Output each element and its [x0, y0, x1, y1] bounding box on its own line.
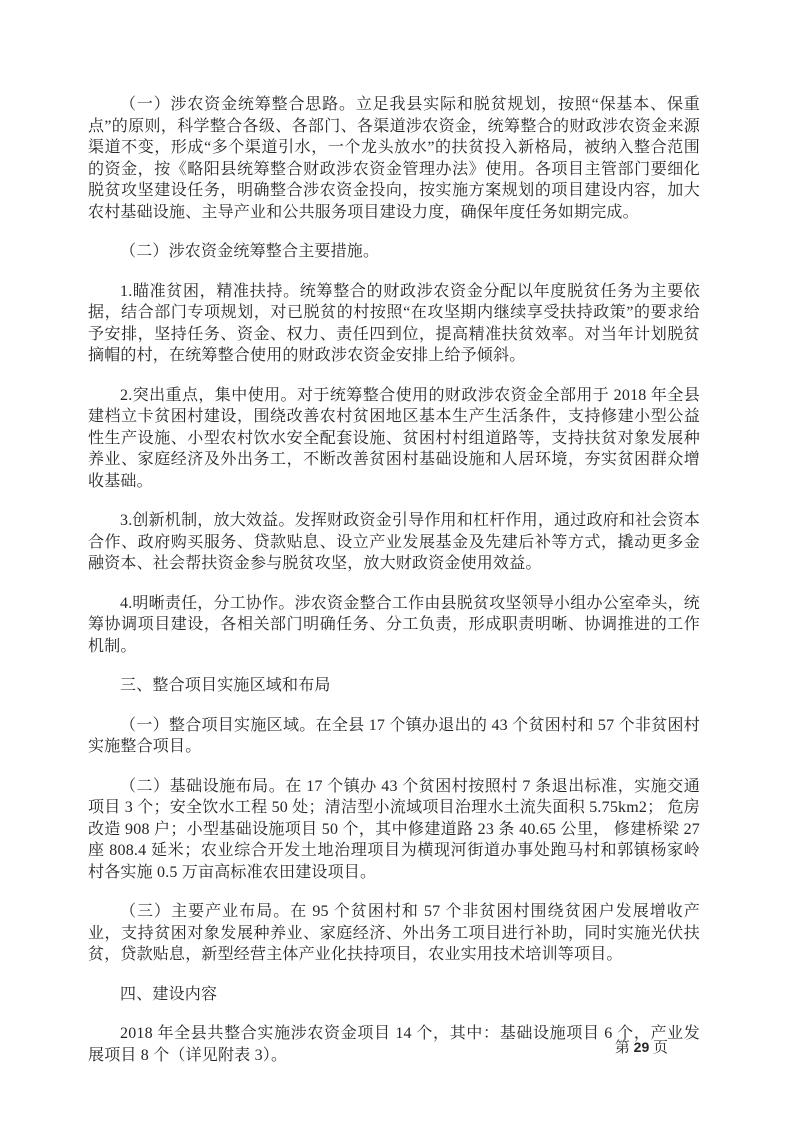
- page-footer-suffix: 页: [649, 1040, 668, 1056]
- paragraph-integration-approach: （一）涉农资金统筹整合思路。立足我县实际和脱贫规划，按照“保基本、保重点”的原则…: [88, 94, 700, 223]
- paragraph-construction-content: 2018 年全县共整合实施涉农资金项目 14 个，其中：基础设施项目 6 个，产…: [88, 1023, 700, 1066]
- paragraph-measure-4: 4.明晰责任，分工协作。涉农资金整合工作由县脱贫攻坚领导小组办公室牵头，统筹协调…: [88, 593, 700, 658]
- document-page: （一）涉农资金统筹整合思路。立足我县实际和脱贫规划，按照“保基本、保重点”的原则…: [0, 0, 793, 1122]
- paragraph-infrastructure-layout: （二）基础设施布局。在 17 个镇办 43 个贫困村按照村 7 条退出标准，实施…: [88, 776, 700, 884]
- section-heading-4: 四、建设内容: [88, 984, 700, 1006]
- paragraph-measure-1: 1.瞄准贫困，精准扶持。统筹整合的财政涉农资金分配以年度脱贫任务为主要依据，结合…: [88, 281, 700, 367]
- page-footer: 第 29 页: [615, 1038, 668, 1057]
- paragraph-measure-3: 3.创新机制，放大效益。发挥财政资金引导作用和杠杆作用，通过政府和社会资本合作、…: [88, 510, 700, 575]
- page-footer-prefix: 第: [615, 1040, 634, 1056]
- page-number: 29: [634, 1039, 650, 1055]
- document-body: （一）涉农资金统筹整合思路。立足我县实际和脱贫规划，按照“保基本、保重点”的原则…: [88, 94, 700, 1066]
- section-heading-3: 三、整合项目实施区域和布局: [88, 675, 700, 697]
- paragraph-implementation-area: （一）整合项目实施区域。在全县 17 个镇办退出的 43 个贫困村和 57 个非…: [88, 715, 700, 758]
- paragraph-main-measures-heading: （二）涉农资金统筹整合主要措施。: [88, 241, 700, 263]
- paragraph-measure-2: 2.突出重点，集中使用。对于统筹整合使用的财政涉农资金全部用于 2018 年全县…: [88, 385, 700, 493]
- paragraph-industry-layout: （三）主要产业布局。在 95 个贫困村和 57 个非贫困村围绕贫困户发展增收产业…: [88, 901, 700, 966]
